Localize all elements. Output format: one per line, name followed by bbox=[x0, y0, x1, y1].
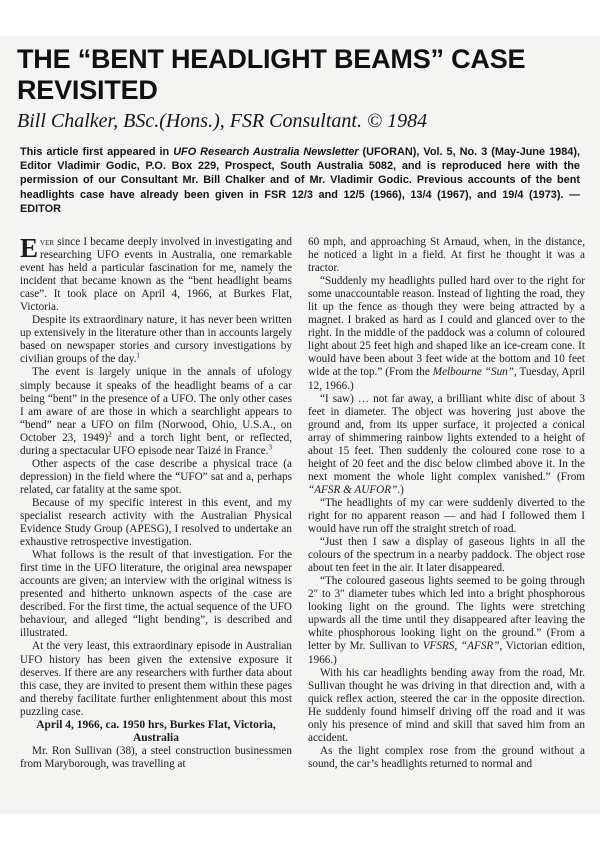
paragraph: 60 mph, and approaching St Arnaud, when,… bbox=[308, 236, 585, 275]
paragraph: “I saw) … not far away, a brilliant whit… bbox=[308, 393, 585, 497]
paragraph: As the light complex rose from the groun… bbox=[308, 745, 585, 771]
paragraph: With his car headlights bending away fro… bbox=[308, 667, 585, 745]
article-page: THE “BENT HEADLIGHT BEAMS” CASE REVISITE… bbox=[0, 36, 600, 814]
paragraph-text: .) bbox=[397, 484, 404, 496]
paragraph: “The headlights of my car were suddenly … bbox=[308, 497, 585, 536]
footnote-ref: 3 bbox=[268, 443, 272, 451]
drop-cap: E bbox=[20, 237, 38, 259]
paragraph-text: “Suddenly my headlights pulled hard over… bbox=[308, 275, 585, 378]
paragraph: Ever since I became deeply involved in i… bbox=[20, 236, 292, 314]
left-column: Ever since I became deeply involved in i… bbox=[20, 236, 292, 771]
source-citation: VFSRS, “AFSR” bbox=[423, 640, 500, 652]
article-title: THE “BENT HEADLIGHT BEAMS” CASE REVISITE… bbox=[17, 44, 577, 106]
paragraph: Other aspects of the case describe a phy… bbox=[20, 458, 292, 497]
paragraph: What follows is the result of that inves… bbox=[20, 549, 292, 640]
publication-name: UFO Research Australia Newsletter bbox=[173, 146, 358, 158]
paragraph-text: “I saw) … not far away, a brilliant whit… bbox=[308, 393, 585, 483]
paragraph: Mr. Ron Sullivan (38), a steel construct… bbox=[20, 745, 292, 771]
article-byline: Bill Chalker, BSc.(Hons.), FSR Consultan… bbox=[17, 109, 577, 133]
editor-note: This article first appeared in UFO Resea… bbox=[20, 145, 580, 216]
paragraph: “The coloured gaseous lights seemed to b… bbox=[308, 575, 585, 666]
source-citation: “AFSR & AUFOR” bbox=[308, 484, 397, 496]
section-subheading: April 4, 1966, ca. 1950 hrs, Burkes Flat… bbox=[20, 719, 292, 745]
paragraph-text: since I became deeply involved in invest… bbox=[20, 236, 292, 313]
paragraph: Despite its extraordinary nature, it has… bbox=[20, 314, 292, 366]
paragraph: “Just then I saw a display of gaseous li… bbox=[308, 536, 585, 575]
paragraph: “Suddenly my headlights pulled hard over… bbox=[308, 275, 585, 392]
paragraph: At the very least, this extraordinary ep… bbox=[20, 640, 292, 718]
editor-note-pre: This article first appeared in bbox=[20, 146, 173, 158]
source-citation: Melbourne “Sun” bbox=[433, 366, 514, 378]
paragraph-text: Despite its extraordinary nature, it has… bbox=[20, 314, 292, 365]
right-column: 60 mph, and approaching St Arnaud, when,… bbox=[308, 236, 585, 771]
small-caps-lead: ver bbox=[40, 237, 54, 248]
paragraph: Because of my specific interest in this … bbox=[20, 497, 292, 549]
footnote-ref: 1 bbox=[136, 352, 140, 360]
paragraph: The event is largely unique in the annal… bbox=[20, 366, 292, 457]
